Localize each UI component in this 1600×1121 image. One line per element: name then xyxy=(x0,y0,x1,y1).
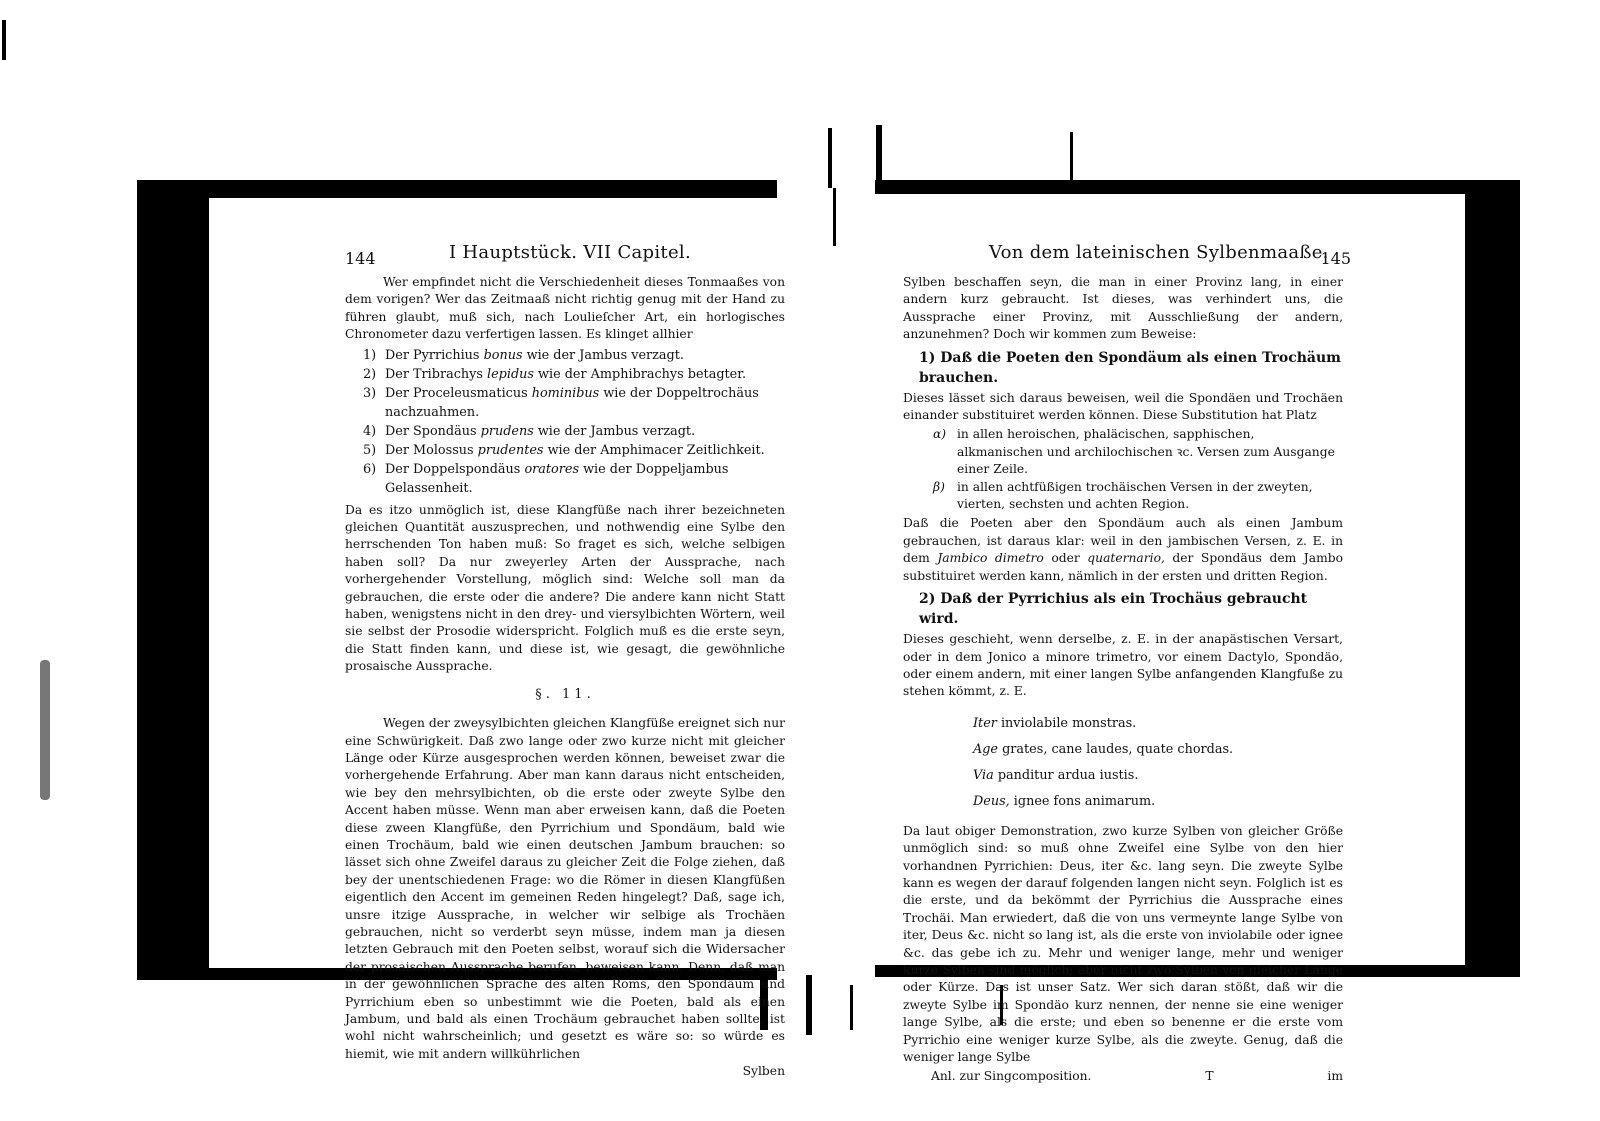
list-item: 2) Der Tribrachys lepidus wie der Amphib… xyxy=(363,365,785,384)
book-edge-top-right xyxy=(875,180,1520,194)
running-title: Von dem lateinischen Sylbenmaaße. xyxy=(989,244,1329,261)
page-header: Von dem lateinischen Sylbenmaaße. 145 xyxy=(903,244,1343,270)
list-item: 4) Der Spondäus prudens wie der Jambus v… xyxy=(363,422,785,441)
section-heading: 1) Daß die Poeten den Spondäum als einen… xyxy=(919,348,1343,388)
book-edge-right xyxy=(1465,180,1520,970)
list-item: α) in allen heroischen, phaläcischen, sa… xyxy=(933,426,1343,478)
list-item: β) in allen achtfüßigen trochäischen Ver… xyxy=(933,479,1343,514)
body-paragraph: Sylben beschaffen seyn, die man in einer… xyxy=(903,274,1343,344)
body-paragraph: Daß die Poeten aber den Spondäum auch al… xyxy=(903,515,1343,585)
book-edge-left xyxy=(137,180,209,970)
book-edge-top-left xyxy=(137,180,777,198)
scan-speck xyxy=(2,20,6,60)
left-page: 144 I Hauptstück. VII Capitel. Wer empfi… xyxy=(345,244,785,1081)
intro-paragraph: Wer empfindet nicht die Verschiedenheit … xyxy=(345,274,785,344)
running-title: I Hauptstück. VII Capitel. xyxy=(449,244,691,261)
verse-line: Age grates, cane laudes, quate chordas. xyxy=(973,737,1343,763)
page-header: 144 I Hauptstück. VII Capitel. xyxy=(345,244,785,270)
verse-line: Iter inviolabile monstras. xyxy=(973,711,1343,737)
section-mark: §. 11. xyxy=(345,686,785,703)
foot-examples-list: 1) Der Pyrrichius bonus wie der Jambus v… xyxy=(363,346,785,498)
signature-line: Anl. zur Singcomposition. T im xyxy=(903,1068,1343,1085)
section-heading: 2) Daß der Pyrrichius als ein Trochäus g… xyxy=(919,589,1343,629)
page-number: 145 xyxy=(1320,250,1351,267)
catchword: Sylben xyxy=(345,1063,785,1080)
gutter-mark xyxy=(806,975,812,1035)
scan-speck xyxy=(40,660,50,800)
right-page: Von dem lateinischen Sylbenmaaße. 145 Sy… xyxy=(903,244,1343,1086)
verse-line: Via panditur ardua iustis. xyxy=(973,763,1343,789)
signature-mark: T xyxy=(1205,1068,1213,1085)
gutter-mark xyxy=(876,125,882,190)
list-item: 1) Der Pyrrichius bonus wie der Jambus v… xyxy=(363,346,785,365)
catchword: im xyxy=(1327,1068,1343,1085)
gutter-mark xyxy=(850,985,853,1030)
body-paragraph: Da es itzo unmöglich ist, diese Klangfüß… xyxy=(345,502,785,676)
body-paragraph: Dieses geschieht, wenn derselbe, z. E. i… xyxy=(903,631,1343,701)
body-paragraph: Wegen der zweysylbichten gleichen Klangf… xyxy=(345,715,785,1063)
list-item: 5) Der Molossus prudentes wie der Amphim… xyxy=(363,441,785,460)
verse-line: Deus, ignee fons animarum. xyxy=(973,789,1343,815)
substitution-list: α) in allen heroischen, phaläcischen, sa… xyxy=(933,426,1343,513)
latin-verse-examples: Iter inviolabile monstras. Age grates, c… xyxy=(973,711,1343,815)
list-item: 3) Der Proceleusmaticus hominibus wie de… xyxy=(363,384,785,422)
gutter-mark xyxy=(1070,132,1073,192)
page-number: 144 xyxy=(345,250,376,267)
gutter-mark xyxy=(828,128,832,188)
list-item: 6) Der Doppelspondäus oratores wie der D… xyxy=(363,460,785,498)
body-paragraph: Dieses lässet sich daraus beweisen, weil… xyxy=(903,390,1343,425)
signature-title: Anl. zur Singcomposition. xyxy=(903,1068,1091,1085)
body-paragraph: Da laut obiger Demonstration, zwo kurze … xyxy=(903,823,1343,1067)
gutter-mark xyxy=(833,188,836,246)
